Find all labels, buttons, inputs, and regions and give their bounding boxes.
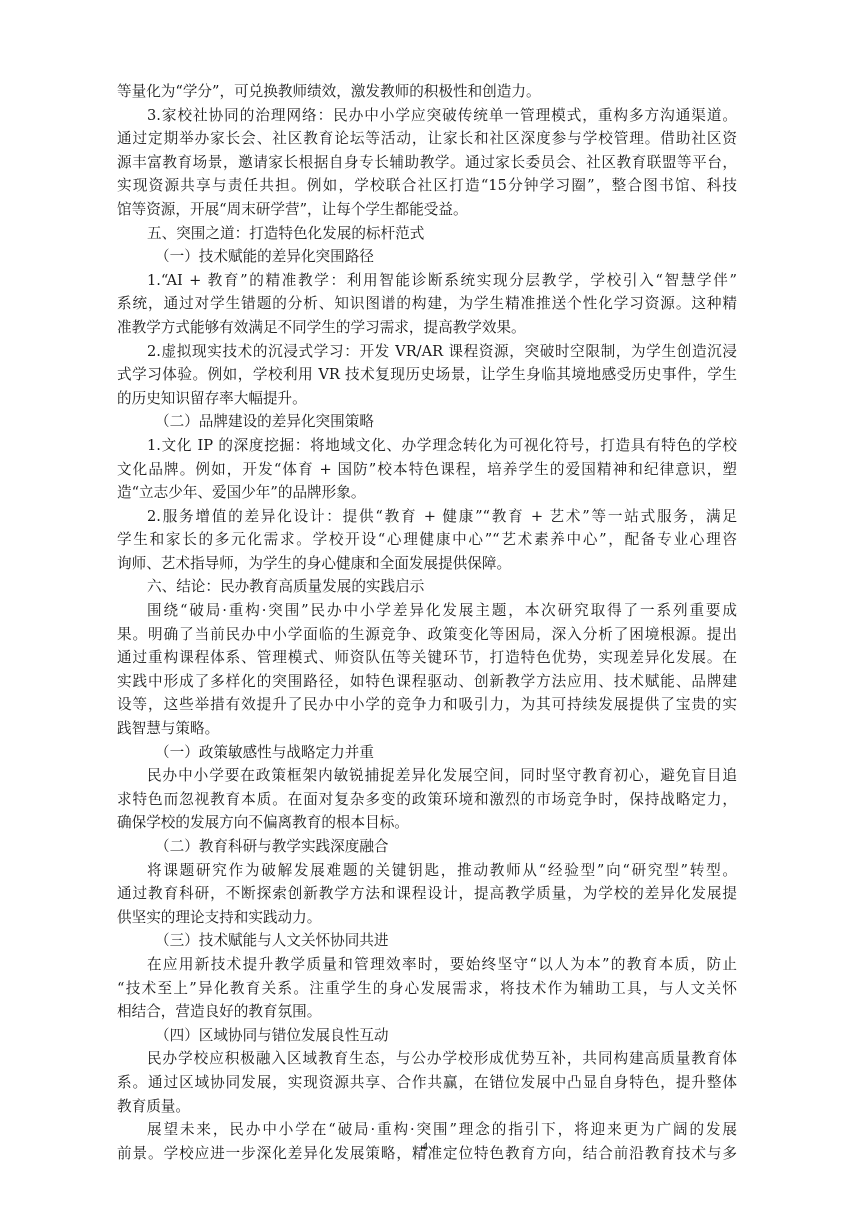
paragraph-first-line: 将课题研究作为破解发展难题的关键钥匙，推动教师从“经验型”向“研究型”转型。: [117, 859, 737, 883]
paragraph-last-line: 等量化为“学分”，可兑换教师绩效，激发教师的积极性和创造力。: [117, 80, 737, 104]
body-line: 实现资源共享与责任共担。例如，学校联合社区打造“15分钟学习圈”，整合图书馆、科…: [117, 174, 737, 198]
body-line: 通过重构课程体系、管理模式、师资队伍等关键环节，打造特色优势，实现差异化发展。在: [117, 646, 737, 670]
body-line: 通过定期举办家长会、社区教育论坛等活动，让家长和社区深度参与学校管理。借助社区资: [117, 127, 737, 151]
body-line: 求特色而忽视教育本质。在面对复杂多变的政策环境和激烈的市场竞争时，保持战略定力，: [117, 788, 737, 812]
paragraph-first-line: 民办学校应积极融入区域教育生态，与公办学校形成优势互补，共同构建高质量教育体: [117, 1047, 737, 1071]
paragraph-last-line: 准教学方式能够有效满足不同学生的学习需求，提高教学效果。: [117, 316, 737, 340]
paragraph-last-line: 供坚实的理论支持和实践动力。: [117, 906, 737, 930]
paragraph-last-line: 确保学校的发展方向不偏离教育的根本目标。: [117, 811, 737, 835]
document-page: 等量化为“学分”，可兑换教师绩效，激发教师的积极性和创造力。3.家校社协同的治理…: [0, 0, 850, 1205]
paragraph-first-line: 2.服务增值的差异化设计：提供“教育 + 健康”“教育 + 艺术”等一站式服务，…: [117, 505, 737, 529]
subsection-heading: （一）政策敏感性与战略定力并重: [117, 741, 737, 765]
page-number: 4: [0, 1139, 850, 1154]
document-body: 等量化为“学分”，可兑换教师绩效，激发教师的积极性和创造力。3.家校社协同的治理…: [117, 80, 737, 1165]
body-line: 文化品牌。例如，开发“体育 + 国防”校本特色课程，培养学生的爱国精神和纪律意识…: [117, 458, 737, 482]
subsection-heading: （二）教育科研与教学实践深度融合: [117, 835, 737, 859]
paragraph-last-line: 践智慧与策略。: [117, 717, 737, 741]
paragraph-last-line: 造“立志少年、爱国少年”的品牌形象。: [117, 481, 737, 505]
paragraph-last-line: 询师、艺术指导师，为学生的身心健康和全面发展提供保障。: [117, 552, 737, 576]
body-line: 学生和家长的多元化需求。学校开设“心理健康中心”“艺术素养中心”，配备专业心理咨: [117, 528, 737, 552]
paragraph-first-line: 民办中小学要在政策框架内敏锐捕捉差异化发展空间，同时坚守教育初心，避免盲目追: [117, 764, 737, 788]
paragraph-first-line: 1.文化 IP 的深度挖掘：将地域文化、办学理念转化为可视化符号，打造具有特色的…: [117, 434, 737, 458]
subsection-heading: （二）品牌建设的差异化突围策略: [117, 410, 737, 434]
body-line: “技术至上”异化教育关系。注重学生的身心发展需求，将技术作为辅助工具，与人文关怀: [117, 977, 737, 1001]
body-line: 实践中形成了多样化的突围路径，如特色课程驱动、创新教学方法应用、技术赋能、品牌建: [117, 670, 737, 694]
paragraph-last-line: 教育质量。: [117, 1095, 737, 1119]
paragraph-last-line: 相结合，营造良好的教育氛围。: [117, 1000, 737, 1024]
paragraph-first-line: 1.“AI + 教育”的精准教学：利用智能诊断系统实现分层教学，学校引入“智慧学…: [117, 269, 737, 293]
subsection-heading: （三）技术赋能与人文关怀协同共进: [117, 929, 737, 953]
subsection-heading: （一）技术赋能的差异化突围路径: [117, 245, 737, 269]
paragraph-first-line: 在应用新技术提升教学质量和管理效率时，要始终坚守“以人为本”的教育本质，防止: [117, 953, 737, 977]
body-line: 系统，通过对学生错题的分析、知识图谱的构建，为学生精准推送个性化学习资源。这种精: [117, 292, 737, 316]
section-heading: 六、结论：民办教育高质量发展的实践启示: [117, 575, 737, 599]
paragraph-first-line: 3.家校社协同的治理网络：民办中小学应突破传统单一管理模式，重构多方沟通渠道。: [117, 104, 737, 128]
section-heading: 五、突围之道：打造特色化发展的标杆范式: [117, 222, 737, 246]
subsection-heading: （四）区域协同与错位发展良性互动: [117, 1024, 737, 1048]
paragraph-first-line: 围绕“破局·重构·突围”民办中小学差异化发展主题，本次研究取得了一系列重要成: [117, 599, 737, 623]
body-line: 通过教育科研，不断探索创新教学方法和课程设计，提高教学质量，为学校的差异化发展提: [117, 882, 737, 906]
paragraph-last-line: 的历史知识留存率大幅提升。: [117, 387, 737, 411]
body-line: 果。明确了当前民办中小学面临的生源竞争、政策变化等困局，深入分析了困境根源。提出: [117, 623, 737, 647]
paragraph-first-line: 2.虚拟现实技术的沉浸式学习：开发 VR/AR 课程资源，突破时空限制，为学生创…: [117, 340, 737, 364]
body-line: 设等，这些举措有效提升了民办中小学的竞争力和吸引力，为其可持续发展提供了宝贵的实: [117, 693, 737, 717]
paragraph-last-line: 馆等资源，开展“周末研学营”，让每个学生都能受益。: [117, 198, 737, 222]
body-line: 系。通过区域协同发展，实现资源共享、合作共赢，在错位发展中凸显自身特色，提升整体: [117, 1071, 737, 1095]
body-line: 式学习体验。例如，学校利用 VR 技术复现历史场景，让学生身临其境地感受历史事件…: [117, 363, 737, 387]
body-line: 源丰富教育场景，邀请家长根据自身专长辅助教学。通过家长委员会、社区教育联盟等平台…: [117, 151, 737, 175]
